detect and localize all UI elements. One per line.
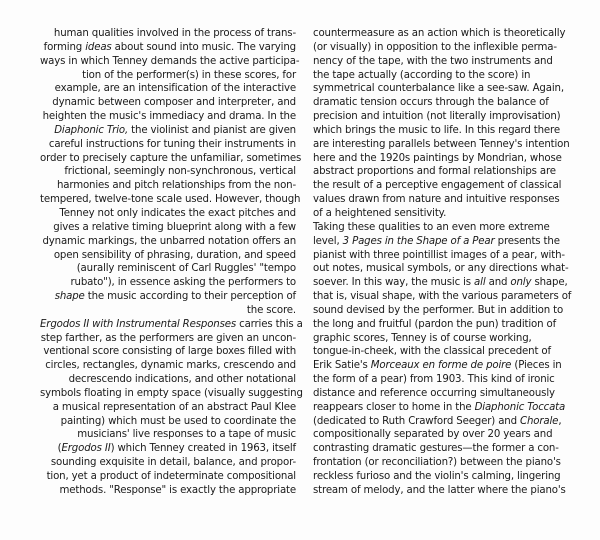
text-run: tion, yet a product of indeterminate com… <box>47 471 296 482</box>
italic-title-run: shape <box>55 291 85 302</box>
text-line: the form of a pear) from 1903. This kind… <box>313 373 573 387</box>
text-line: graphic scores, Tenney is of course work… <box>313 332 573 346</box>
text-run: symmetrical counterbalance like a see-sa… <box>313 83 564 94</box>
text-run: Taking these qualities to an even more e… <box>313 222 550 233</box>
text-line: painting) which must be used to coordina… <box>40 415 296 429</box>
text-line: open sensibility of phrasing, duration, … <box>40 249 296 263</box>
text-run: forming <box>44 42 86 53</box>
text-line: out notes, musical symbols, or any direc… <box>313 262 573 276</box>
text-line: pianist with three pointillist images of… <box>313 249 573 263</box>
text-run: level, <box>313 236 343 247</box>
text-run: abstract proportions and formal relation… <box>313 166 556 177</box>
text-run: careful instructions for tuning their in… <box>49 139 296 150</box>
text-line: symbols floating in empty space (visuall… <box>40 387 296 401</box>
italic-title-run: Chorale <box>520 416 558 427</box>
text-line: tempered, twelve-tone scale used. Howeve… <box>40 193 296 207</box>
text-run: here and the 1920s paintings by Mondrian… <box>313 153 562 164</box>
text-line: the result of a perceptive engagement of… <box>313 179 573 193</box>
text-line: are interesting parallels between Tenney… <box>313 138 573 152</box>
text-run: the score. <box>247 305 296 316</box>
italic-title-run: ideas <box>85 42 111 53</box>
text-line: tion of the performer(s) in these scores… <box>40 69 296 83</box>
text-line: Diaphonic Trio, the violinist and pianis… <box>40 124 296 138</box>
text-run: tempered, twelve-tone scale used. Howeve… <box>40 194 300 205</box>
text-line: nency of the tape, with the two instrume… <box>313 55 573 69</box>
text-run: ventional score consisting of large boxe… <box>43 346 296 357</box>
text-line: the score. <box>40 304 296 318</box>
text-run: dramatic tension occurs through the bala… <box>313 97 549 108</box>
text-run: nency of the tape, with the two instrume… <box>313 56 553 67</box>
text-line: (Ergodos II) which Tenney created in 196… <box>40 442 296 456</box>
text-run: compositionally separated by over 20 yea… <box>313 429 552 440</box>
text-line: Erik Satie's Morceaux en forme de poire … <box>313 359 573 373</box>
text-run: (dedicated to Ruth Crawford Seeger) and <box>313 416 520 427</box>
text-line: values drawn from nature and intuitive r… <box>313 193 573 207</box>
text-line: the tape actually (according to the scor… <box>313 69 573 83</box>
italic-title-run: Diaphonic Trio, <box>54 125 128 136</box>
text-line: Ergodos II with Instrumental Responses c… <box>40 318 296 332</box>
text-line: a musical representation of an abstract … <box>40 401 296 415</box>
italic-title-run: Morceaux en forme de poire <box>371 360 512 371</box>
text-run: tion of the performer(s) in these scores… <box>82 70 296 81</box>
text-run: heighten the music's immediacy and drama… <box>43 111 296 122</box>
text-line: careful instructions for tuning their in… <box>40 138 296 152</box>
text-line: soever. In this way, the music is all an… <box>313 276 573 290</box>
text-line: precision and intuition (not literally i… <box>313 110 573 124</box>
text-line: sounding exquisite in detail, balance, a… <box>40 456 296 470</box>
text-run: the long and fruitful (pardon the pun) t… <box>313 319 556 330</box>
text-line: contrasting dramatic gestures—the former… <box>313 442 573 456</box>
text-run: human qualities involved in the process … <box>54 28 296 39</box>
text-line: abstract proportions and formal relation… <box>313 165 573 179</box>
italic-title-run: Ergodos II <box>61 443 110 454</box>
text-line: musicians' live responses to a tape of m… <box>40 428 296 442</box>
text-line: heighten the music's immediacy and drama… <box>40 110 296 124</box>
text-run: of a heightened sensitivity. <box>313 208 446 219</box>
text-line: dynamic markings, the unbarred notation … <box>40 235 296 249</box>
italic-title-run: all <box>474 277 485 288</box>
text-line: ventional score consisting of large boxe… <box>40 345 296 359</box>
text-run: presents the <box>495 236 560 247</box>
text-line: frictional, seemingly non-synchronous, v… <box>40 165 296 179</box>
text-line: Tenney not only indicates the exact pitc… <box>40 207 296 221</box>
text-run: example, are an intensification of the i… <box>55 83 296 94</box>
text-line: reckless furioso and the violin's calmin… <box>313 470 573 484</box>
text-run: which brings the music to life. In this … <box>313 125 560 136</box>
text-line: (dedicated to Ruth Crawford Seeger) and … <box>313 415 573 429</box>
text-run: reappears closer to home in the <box>313 402 475 413</box>
text-run: pianist with three pointillist images of… <box>313 250 565 261</box>
text-run: the form of a pear) from 1903. This kind… <box>313 374 555 385</box>
text-run: sounding exquisite in detail, balance, a… <box>51 457 296 468</box>
text-run: that is, visual shape, with the various … <box>313 291 571 302</box>
text-line: the long and fruitful (pardon the pun) t… <box>313 318 573 332</box>
text-line: harmonies and pitch relationships from t… <box>40 179 296 193</box>
italic-title-run: only <box>510 277 531 288</box>
document-page: human qualities involved in the process … <box>0 0 600 540</box>
text-run: decrescendo indications, and other notat… <box>69 374 296 385</box>
text-line: dynamic between composer and interpreter… <box>40 96 296 110</box>
text-line: decrescendo indications, and other notat… <box>40 373 296 387</box>
text-line: tion, yet a product of indeterminate com… <box>40 470 296 484</box>
text-run: step farther, as the performers are give… <box>41 333 296 344</box>
text-run: and <box>486 277 511 288</box>
text-run: about sound into music. The varying <box>112 42 296 53</box>
text-run: reckless furioso and the violin's calmin… <box>313 471 561 482</box>
text-run: frictional, seemingly non-synchronous, v… <box>64 166 296 177</box>
text-line: distance and reference occurring simulta… <box>313 387 573 401</box>
text-run: Erik Satie's <box>313 360 371 371</box>
text-run: painting) which must be used to coordina… <box>61 416 296 427</box>
text-run: countermeasure as an action which is the… <box>313 28 565 39</box>
text-line: frontation (or reconciliation?) between … <box>313 456 573 470</box>
text-run: precision and intuition (not literally i… <box>313 111 560 122</box>
text-line: that is, visual shape, with the various … <box>313 290 573 304</box>
text-line: countermeasure as an action which is the… <box>313 27 573 41</box>
text-run: symbols floating in empty space (visuall… <box>40 388 303 399</box>
italic-title-run: 3 Pages in the Shape of a Pear <box>343 236 495 247</box>
text-line: ways in which Tenney demands the active … <box>40 55 296 69</box>
text-run: dynamic markings, the unbarred notation … <box>42 236 296 247</box>
text-line: gives a relative timing blueprint along … <box>40 221 296 235</box>
text-run: carries this a <box>236 319 303 330</box>
text-run: circles, rectangles, dynamic marks, cres… <box>45 360 296 371</box>
text-run: frontation (or reconciliation?) between … <box>313 457 561 468</box>
text-run: a musical representation of an abstract … <box>53 402 296 413</box>
text-line: order to precisely capture the unfamilia… <box>40 152 296 166</box>
text-line: tongue-in-cheek, with the classical prec… <box>313 345 573 359</box>
italic-title-run: Ergodos II with Instrumental Responses <box>40 319 236 330</box>
text-line: forming ideas about sound into music. Th… <box>40 41 296 55</box>
text-run: the tape actually (according to the scor… <box>313 70 530 81</box>
text-line: here and the 1920s paintings by Mondrian… <box>313 152 573 166</box>
text-run: contrasting dramatic gestures—the former… <box>313 443 559 454</box>
text-run: shape, <box>531 277 567 288</box>
text-run: out notes, musical symbols, or any direc… <box>313 263 569 274</box>
text-line: symmetrical counterbalance like a see-sa… <box>313 82 573 96</box>
text-line: methods. "Response" is exactly the appro… <box>40 484 296 498</box>
text-run: , <box>558 416 561 427</box>
text-run: tongue-in-cheek, with the classical prec… <box>313 346 551 357</box>
right-text-column: countermeasure as an action which is the… <box>313 27 573 498</box>
text-run: the violinist and pianist are given <box>128 125 296 136</box>
text-line: sound devised by the performer. But in a… <box>313 304 573 318</box>
text-line: level, 3 Pages in the Shape of a Pear pr… <box>313 235 573 249</box>
text-run: rubato"), in essence asking the performe… <box>70 277 296 288</box>
text-line: human qualities involved in the process … <box>40 27 296 41</box>
text-run: values drawn from nature and intuitive r… <box>313 194 560 205</box>
text-run: (aurally reminiscent of Carl Ruggles' "t… <box>77 263 296 274</box>
text-line: stream of melody, and the latter where t… <box>313 484 573 498</box>
text-line: compositionally separated by over 20 yea… <box>313 428 573 442</box>
text-run: are interesting parallels between Tenney… <box>313 139 570 150</box>
text-run: ways in which Tenney demands the active … <box>40 56 299 67</box>
text-run: the music according to their perception … <box>85 291 296 302</box>
text-line: shape the music according to their perce… <box>40 290 296 304</box>
text-line: which brings the music to life. In this … <box>313 124 573 138</box>
left-text-column: human qualities involved in the process … <box>40 27 296 498</box>
text-run: open sensibility of phrasing, duration, … <box>54 250 296 261</box>
text-run: gives a relative timing blueprint along … <box>53 222 296 233</box>
text-line: reappears closer to home in the Diaphoni… <box>313 401 573 415</box>
text-run: order to precisely capture the unfamilia… <box>40 153 301 164</box>
text-run: soever. In this way, the music is <box>313 277 474 288</box>
italic-title-run: Diaphonic Toccata <box>475 402 566 413</box>
text-line: rubato"), in essence asking the performe… <box>40 276 296 290</box>
text-run: sound devised by the performer. But in a… <box>313 305 563 316</box>
text-run: ) which Tenney created in 1963, itself <box>111 443 296 454</box>
text-run: (or visually) in opposition to the infle… <box>313 42 557 53</box>
text-run: the result of a perceptive engagement of… <box>313 180 561 191</box>
text-line: of a heightened sensitivity. <box>313 207 573 221</box>
text-line: Taking these qualities to an even more e… <box>313 221 573 235</box>
text-line: (or visually) in opposition to the infle… <box>313 41 573 55</box>
text-run: dynamic between composer and interpreter… <box>52 97 296 108</box>
text-run: distance and reference occurring simulta… <box>313 388 555 399</box>
text-line: (aurally reminiscent of Carl Ruggles' "t… <box>40 262 296 276</box>
text-line: dramatic tension occurs through the bala… <box>313 96 573 110</box>
text-line: circles, rectangles, dynamic marks, cres… <box>40 359 296 373</box>
text-run: methods. "Response" is exactly the appro… <box>59 485 296 496</box>
text-run: harmonies and pitch relationships from t… <box>57 180 296 191</box>
text-run: musicians' live responses to a tape of m… <box>77 429 296 440</box>
text-run: graphic scores, Tenney is of course work… <box>313 333 532 344</box>
text-line: step farther, as the performers are give… <box>40 332 296 346</box>
text-run: (Pieces in <box>511 360 561 371</box>
text-run: Tenney not only indicates the exact pitc… <box>59 208 296 219</box>
text-line: example, are an intensification of the i… <box>40 82 296 96</box>
text-run: stream of melody, and the latter where t… <box>313 485 566 496</box>
